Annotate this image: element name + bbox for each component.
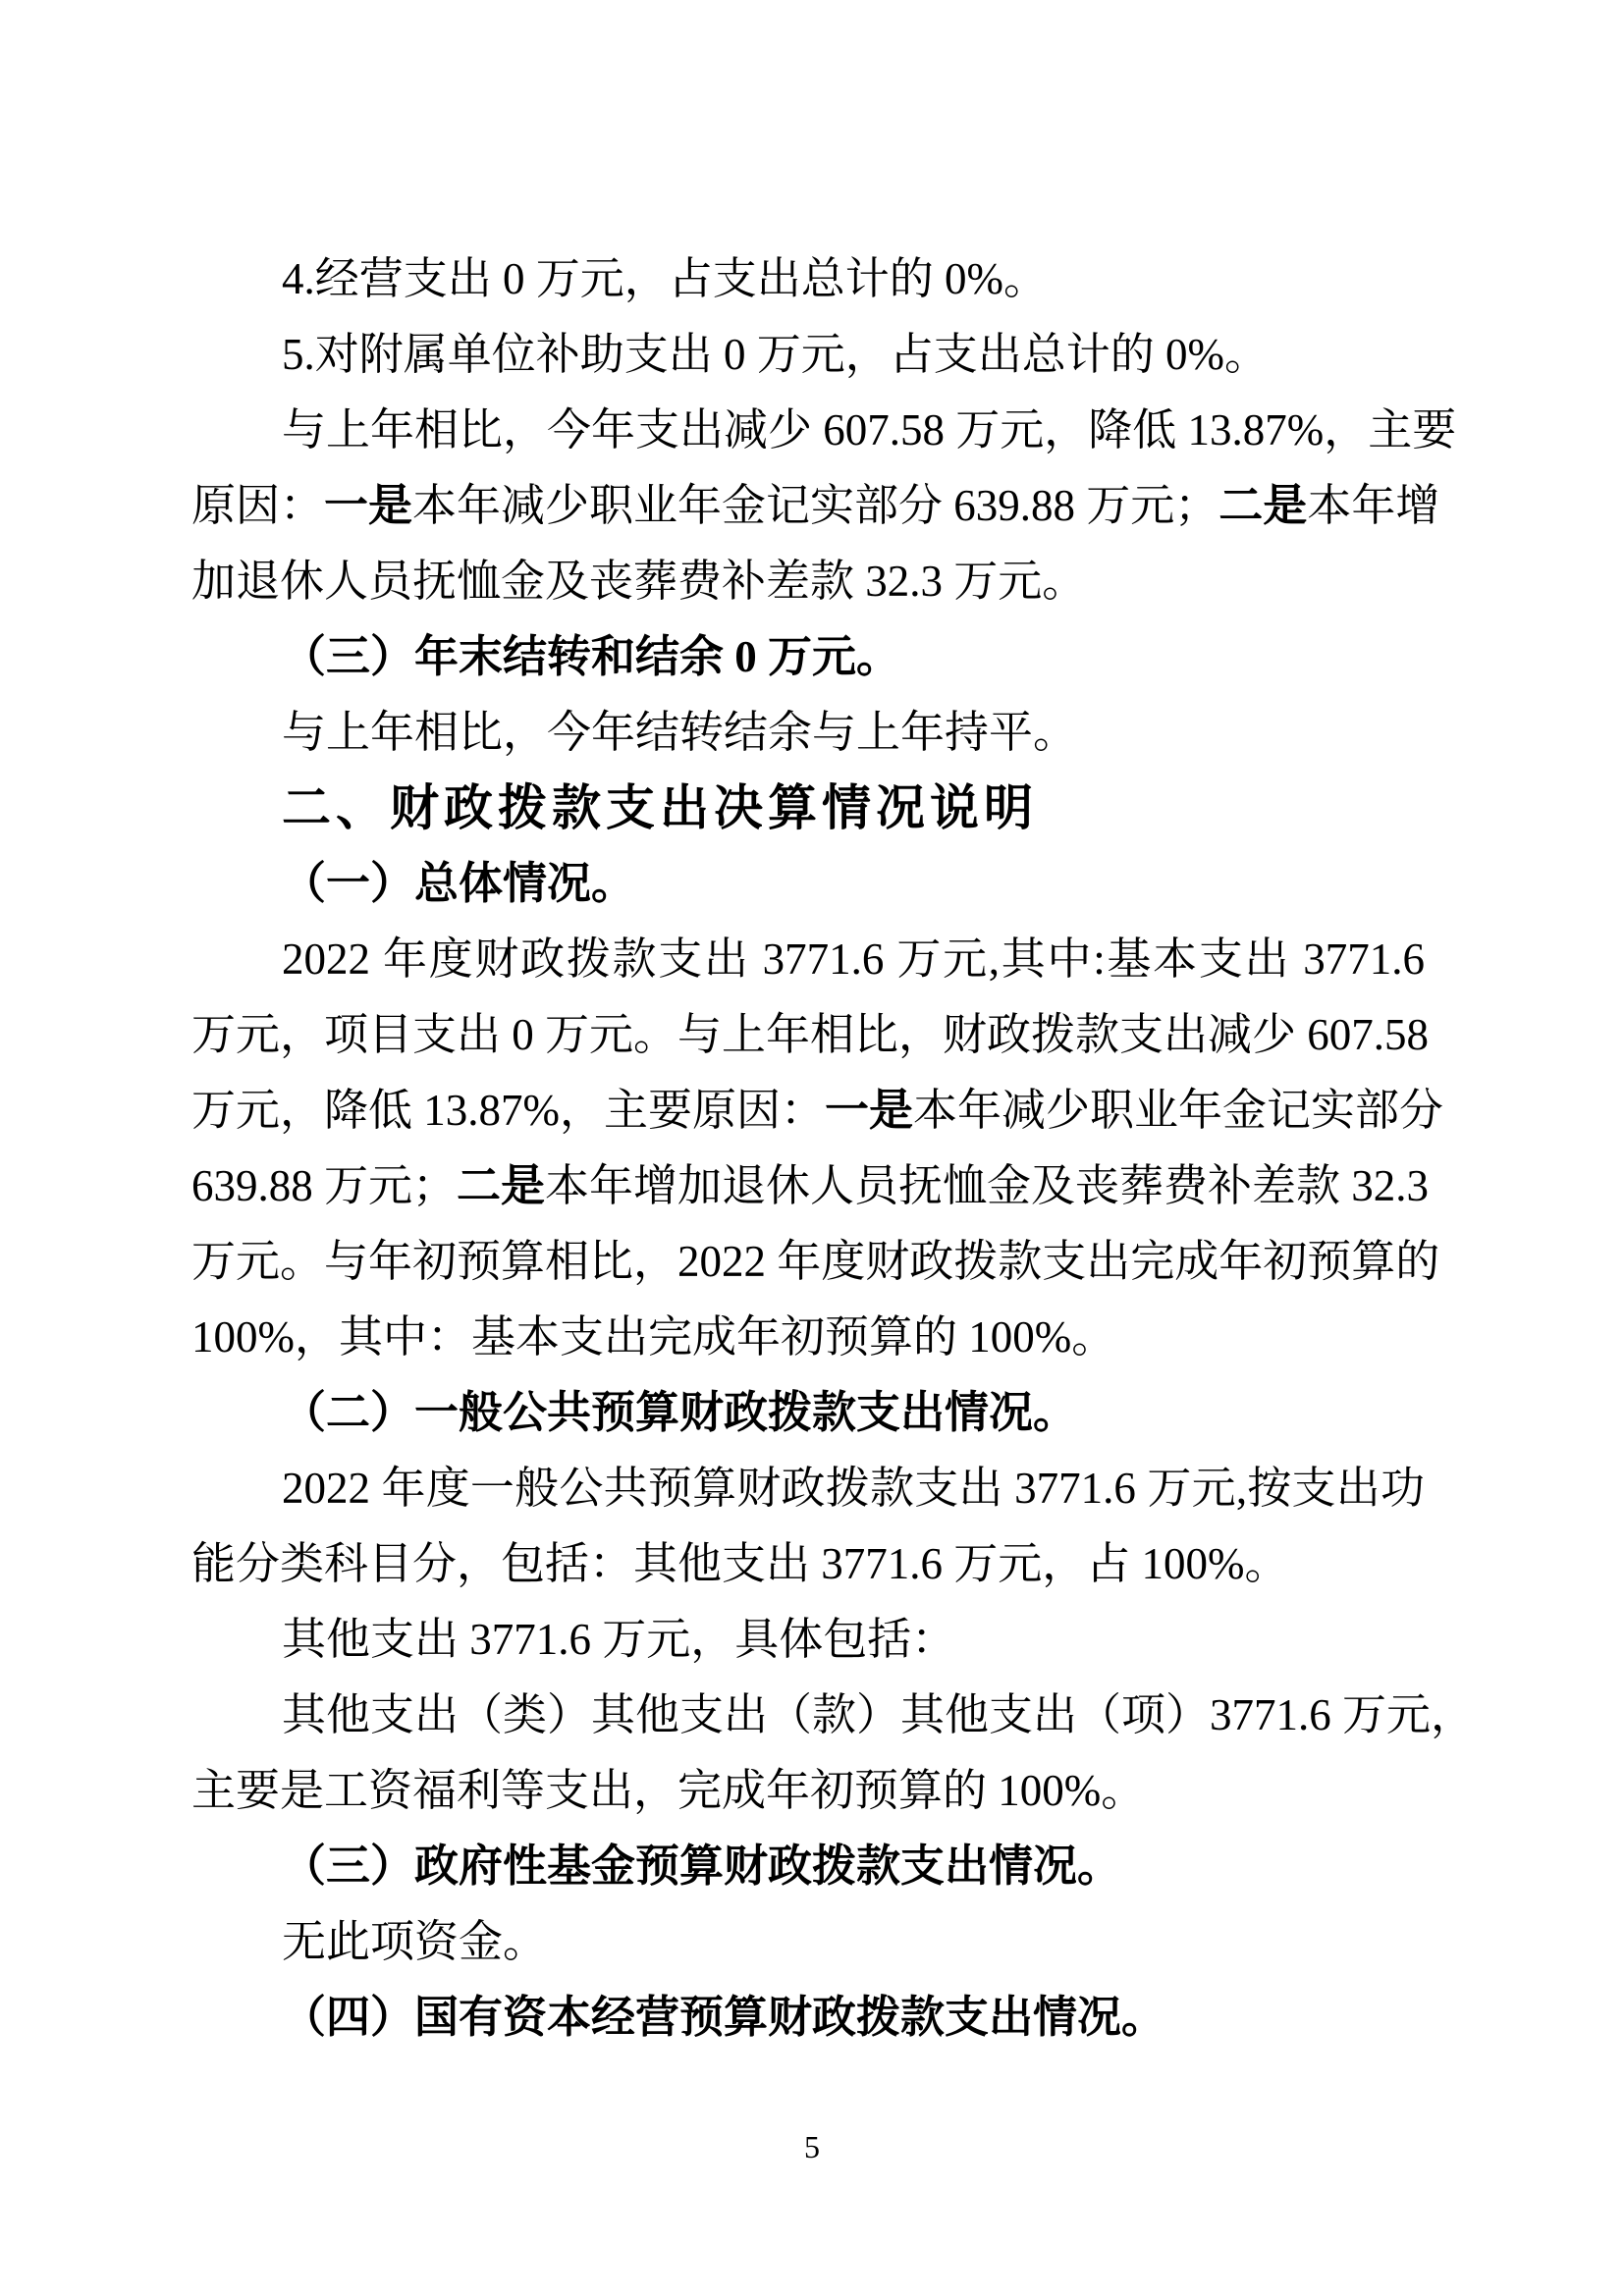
- text-line: 加退休人员抚恤金及丧葬费补差款 32.3 万元。: [191, 544, 1425, 619]
- page-number: 5: [0, 2122, 1624, 2171]
- text-run: 与上年相比，今年支出减少 607.58 万元，降低 13.87%，主要: [282, 405, 1456, 454]
- text-run: 加退休人员抚恤金及丧葬费补差款 32.3 万元。: [191, 557, 1086, 606]
- section-heading: （三）年末结转和结余 0 万元。: [191, 619, 1425, 695]
- text-run: 100%，其中：基本支出完成年初预算的 100%。: [191, 1312, 1115, 1362]
- text-run: 原因：: [191, 481, 324, 530]
- text-line: 其他支出 3771.6 万元，具体包括：: [191, 1602, 1425, 1678]
- text-run: （一）总体情况。: [282, 859, 635, 908]
- text-run: 与上年相比，今年结转结余与上年持平。: [282, 708, 1077, 757]
- text-run: 万元，降低 13.87%，主要原因：: [191, 1086, 825, 1135]
- text-line: 主要是工资福利等支出，完成年初预算的 100%。: [191, 1753, 1425, 1829]
- text-line: 万元，项目支出 0 万元。与上年相比，财政拨款支出减少 607.58: [191, 997, 1425, 1073]
- text-line: 万元，降低 13.87%，主要原因：一是本年减少职业年金记实部分: [191, 1073, 1425, 1148]
- text-run: 4.经营支出 0 万元，占支出总计的 0%。: [282, 254, 1048, 303]
- text-run: 本年减少职业年金记实部分: [913, 1086, 1443, 1135]
- text-run: （三）年末结转和结余 0 万元。: [282, 632, 900, 681]
- document-page: 4.经营支出 0 万元，占支出总计的 0%。5.对附属单位补助支出 0 万元，占…: [0, 0, 1624, 2296]
- text-line: 639.88 万元；二是本年增加退休人员抚恤金及丧葬费补差款 32.3: [191, 1148, 1425, 1224]
- text-run: （四）国有资本经营预算财政拨款支出情况。: [282, 1993, 1165, 2042]
- text-run: 能分类科目分，包括：其他支出 3771.6 万元，占 100%。: [191, 1539, 1289, 1588]
- text-line: 与上年相比，今年支出减少 607.58 万元，降低 13.87%，主要: [191, 393, 1425, 468]
- text-run: 其他支出（类）其他支出（款）其他支出（项）3771.6 万元，: [282, 1690, 1475, 1739]
- section-heading: 二、财政拨款支出决算情况说明: [191, 771, 1425, 846]
- text-line: 与上年相比，今年结转结余与上年持平。: [191, 695, 1425, 771]
- text-run: （二）一般公共预算财政拨款支出情况。: [282, 1388, 1077, 1437]
- text-run: 其他支出 3771.6 万元，具体包括：: [282, 1615, 955, 1664]
- section-heading: （四）国有资本经营预算财政拨款支出情况。: [191, 1980, 1425, 2056]
- text-run: 本年增: [1307, 481, 1439, 530]
- text-line: 4.经营支出 0 万元，占支出总计的 0%。: [191, 241, 1425, 317]
- document-body: 4.经营支出 0 万元，占支出总计的 0%。5.对附属单位补助支出 0 万元，占…: [191, 241, 1425, 2056]
- text-line: 2022 年度财政拨款支出 3771.6 万元,其中:基本支出 3771.6: [191, 922, 1425, 997]
- section-heading: （三）政府性基金预算财政拨款支出情况。: [191, 1829, 1425, 1904]
- text-run: 二、财政拨款支出决算情况说明: [282, 780, 1038, 835]
- text-run: （三）政府性基金预算财政拨款支出情况。: [282, 1842, 1121, 1891]
- text-run: 无此项资金。: [282, 1917, 547, 1966]
- section-heading: （一）总体情况。: [191, 846, 1425, 922]
- text-line: 能分类科目分，包括：其他支出 3771.6 万元，占 100%。: [191, 1526, 1425, 1602]
- bold-text-run: 二是: [457, 1161, 545, 1210]
- section-heading: （二）一般公共预算财政拨款支出情况。: [191, 1375, 1425, 1451]
- bold-text-run: 二是: [1218, 481, 1307, 530]
- text-run: 万元。与年初预算相比，2022 年度财政拨款支出完成年初预算的: [191, 1237, 1439, 1286]
- text-line: 无此项资金。: [191, 1904, 1425, 1980]
- bold-text-run: 一是: [825, 1086, 913, 1135]
- text-line: 2022 年度一般公共预算财政拨款支出 3771.6 万元,按支出功: [191, 1451, 1425, 1526]
- text-line: 5.对附属单位补助支出 0 万元，占支出总计的 0%。: [191, 317, 1425, 393]
- text-run: 639.88 万元；: [191, 1161, 457, 1210]
- text-run: 主要是工资福利等支出，完成年初预算的 100%。: [191, 1766, 1145, 1815]
- text-line: 原因：一是本年减少职业年金记实部分 639.88 万元；二是本年增: [191, 468, 1425, 544]
- text-line: 其他支出（类）其他支出（款）其他支出（项）3771.6 万元，: [191, 1678, 1425, 1753]
- text-run: 2022 年度财政拨款支出 3771.6 万元,其中:基本支出 3771.6: [282, 934, 1425, 984]
- text-line: 万元。与年初预算相比，2022 年度财政拨款支出完成年初预算的: [191, 1224, 1425, 1300]
- text-run: 本年减少职业年金记实部分 639.88 万元；: [412, 481, 1218, 530]
- bold-text-run: 一是: [324, 481, 412, 530]
- text-run: 万元，项目支出 0 万元。与上年相比，财政拨款支出减少 607.58: [191, 1010, 1429, 1059]
- text-run: 5.对附属单位补助支出 0 万元，占支出总计的 0%。: [282, 330, 1269, 379]
- text-run: 本年增加退休人员抚恤金及丧葬费补差款 32.3: [545, 1161, 1429, 1210]
- text-run: 2022 年度一般公共预算财政拨款支出 3771.6 万元,按支出功: [282, 1464, 1425, 1513]
- text-line: 100%，其中：基本支出完成年初预算的 100%。: [191, 1300, 1425, 1375]
